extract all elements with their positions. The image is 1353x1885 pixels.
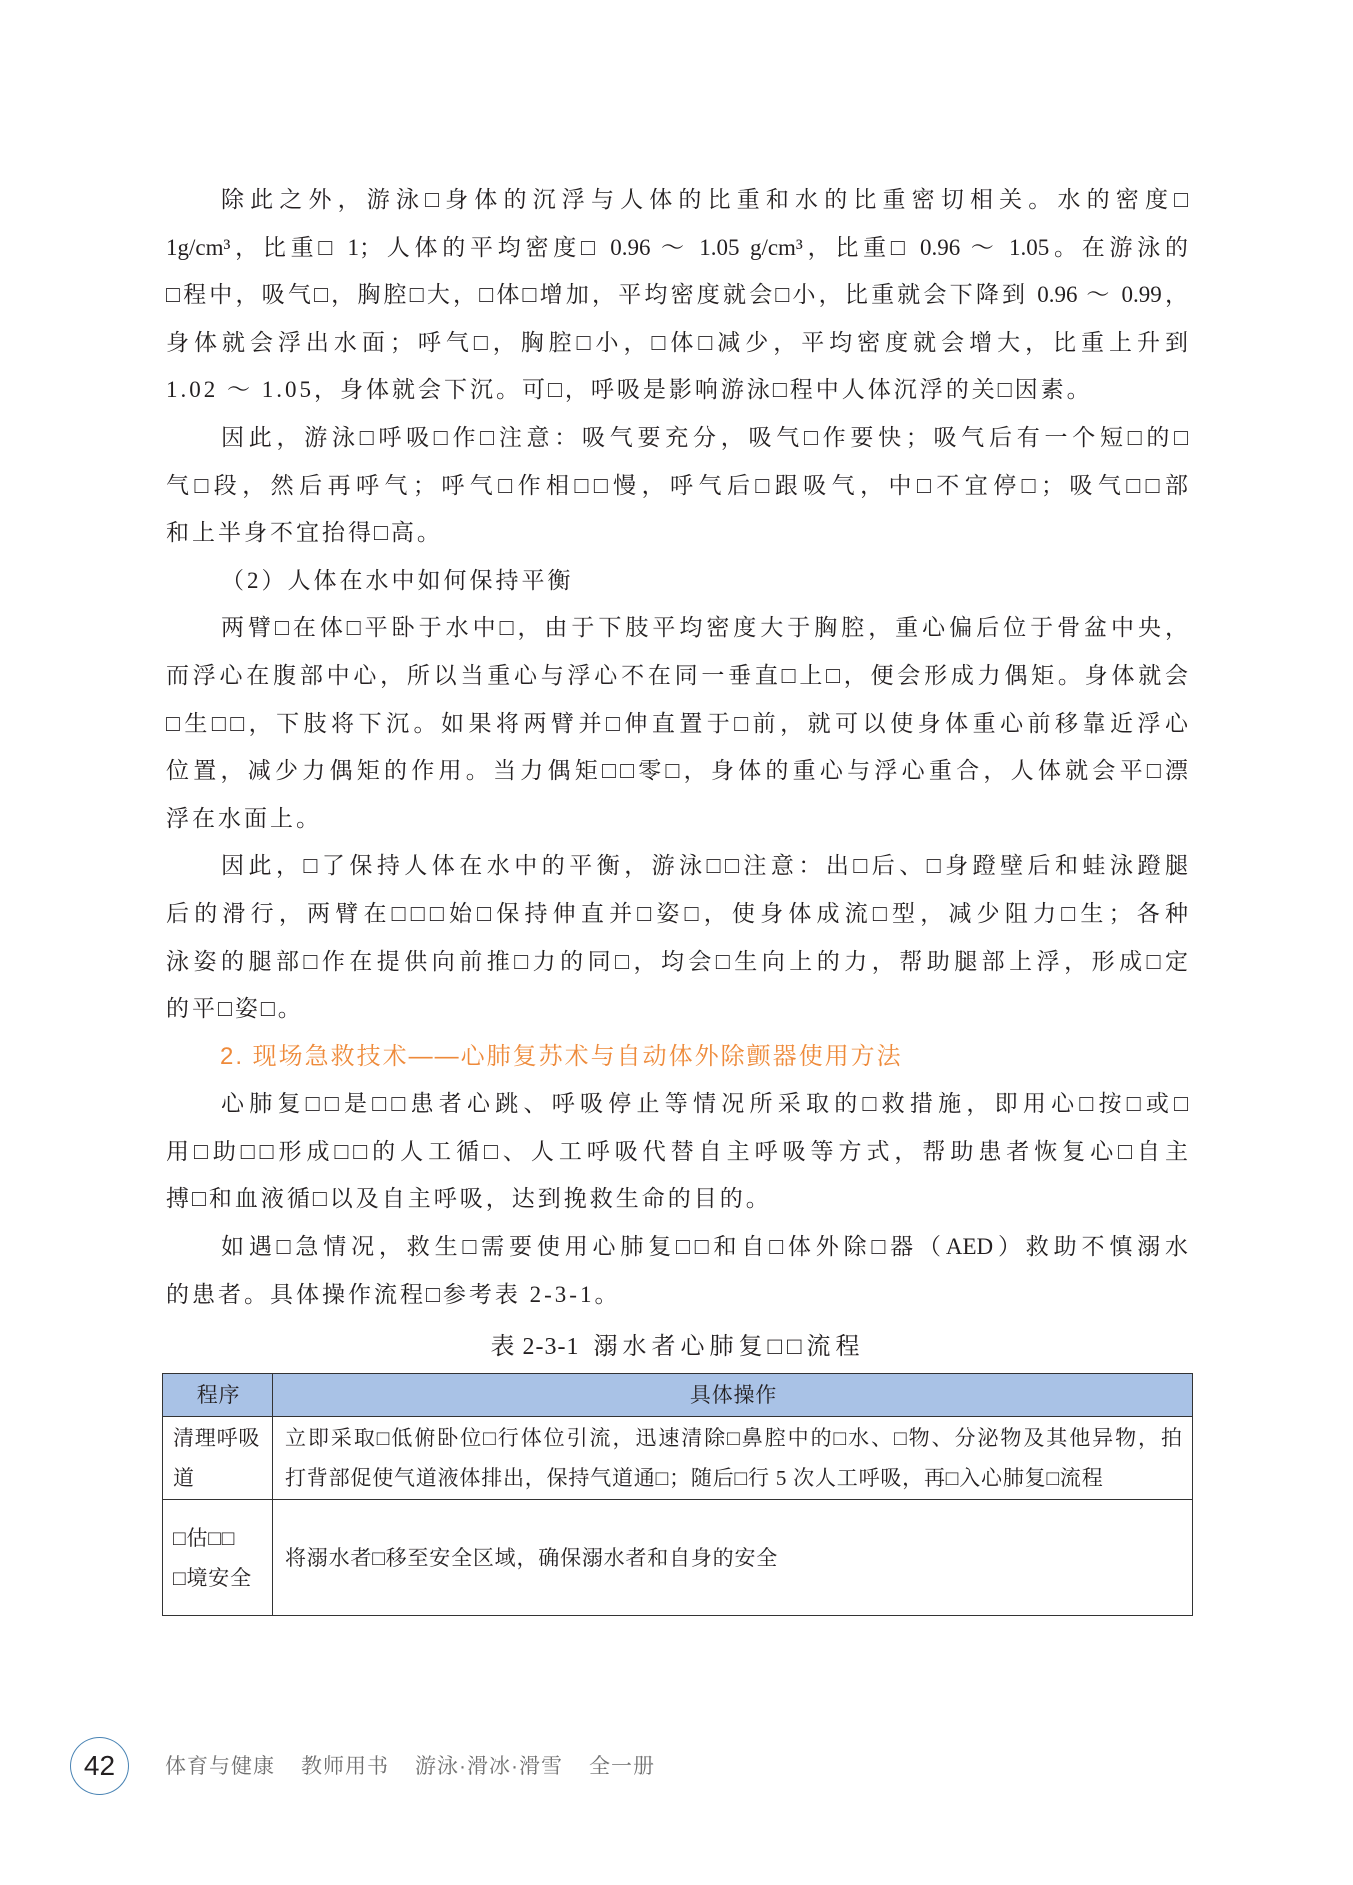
table-header-action: 具体操作 (273, 1374, 1192, 1417)
running-footer-title: 体育与健康教师用书游泳·滑冰·滑雪全一册 (165, 1752, 681, 1782)
paragraph-breathing-notes: 因此，游泳□呼吸□作□注意：吸气要充分，吸气□作要快；吸气后有一个短□的□ 气□… (166, 414, 1188, 557)
text-line: 用□助□□形成□□的人工循□、人工呼吸代替自主呼吸等方式，帮助患者恢复心□自主 (166, 1128, 1188, 1176)
textbook-page: 除此之外，游泳□身体的沉浮与人体的比重和水的比重密切相关。水的密度□ 1g/cm… (0, 0, 1353, 1885)
paragraph-aed-usage: 如遇□急情况，救生□需要使用心肺复□□和自□体外除□器（AED）救助不慎溺水 的… (166, 1223, 1188, 1318)
text-line: 位置，减少力偶矩的作用。当力偶矩□□零□，身体的重心与浮心重合，人体就会平□漂 (166, 747, 1188, 795)
text-line: □生□□，下肢将下沉。如果将两臂并□伸直置于□前，就可以使身体重心前移靠近浮心 (166, 700, 1188, 748)
text-line: 后的滑行，两臂在□□□始□保持伸直并□姿□，使身体成流□型，减少阻力□生；各种 (166, 890, 1188, 938)
footer-part: 游泳·滑冰·滑雪 (415, 1755, 563, 1778)
header-label: 具体操作 (690, 1375, 777, 1415)
cell-text: □境安全 (173, 1558, 264, 1598)
text-line: 因此，游泳□呼吸□作□注意：吸气要充分，吸气□作要快；吸气后有一个短□的□ (166, 414, 1188, 462)
cell-text: 立即采取□低俯卧位□行体位引流，迅速清除□鼻腔中的□水、□物、分泌物及其他异物，… (285, 1418, 1182, 1458)
text-line: 除此之外，游泳□身体的沉浮与人体的比重和水的比重密切相关。水的密度□ (166, 176, 1188, 224)
table-cell-action: 将溺水者□移至安全区域，确保溺水者和自身的安全 (273, 1500, 1192, 1615)
text-line: 1g/cm³，比重□ 1；人体的平均密度□ 0.96 ～ 1.05 g/cm³，… (166, 224, 1188, 272)
text-line: 和上半身不宜抬得□高。 (166, 509, 1188, 557)
text-line: 的患者。具体操作流程□参考表 2-3-1。 (166, 1271, 1188, 1319)
table-cell-step: □估□□ □境安全 (163, 1500, 273, 1615)
table-cell-step: 清理呼吸 道 (163, 1417, 273, 1500)
cpr-procedure-table: 程序 具体操作 清理呼吸 道 立即采取□低俯卧位□行体位引流，迅速清除□鼻腔中的… (162, 1373, 1193, 1616)
text-line: 搏□和血液循□以及自主呼吸，达到挽救生命的目的。 (166, 1175, 1188, 1223)
text-line: 浮在水面上。 (166, 795, 1188, 843)
footer-part: 全一册 (589, 1755, 655, 1778)
paragraph-cpr-definition: 心肺复□□是□□患者心跳、呼吸停止等情况所采取的□救措施，即用心□按□或□ 用□… (166, 1080, 1188, 1223)
page-number: 42 (84, 1750, 115, 1782)
table-number: 表 2-3-1 (491, 1334, 580, 1360)
cell-text: 道 (173, 1458, 264, 1498)
cell-text: 打背部促使气道液体排出，保持气道通□；随后□行 5 次人工呼吸，再□入心肺复□流… (285, 1458, 1182, 1498)
table-header-step: 程序 (163, 1374, 273, 1417)
text-line: 而浮心在腹部中心，所以当重心与浮心不在同一垂直□上□，便会形成力偶矩。身体就会 (166, 652, 1188, 700)
text-line: 泳姿的腿部□作在提供向前推□力的同□，均会□生向上的力，帮助腿部上浮，形成□定 (166, 938, 1188, 986)
text-line: 身体就会浮出水面；呼气□，胸腔□小，□体□减少，平均密度就会增大，比重上升到 (166, 319, 1188, 367)
page-number-badge: 42 (70, 1737, 129, 1795)
cell-text: 清理呼吸 (173, 1418, 264, 1458)
text-line: 心肺复□□是□□患者心跳、呼吸停止等情况所采取的□救措施，即用心□按□或□ (166, 1080, 1188, 1128)
paragraph-density-buoyancy: 除此之外，游泳□身体的沉浮与人体的比重和水的比重密切相关。水的密度□ 1g/cm… (166, 176, 1188, 414)
text-line: 的平□姿□。 (166, 985, 1188, 1033)
text-line: 1.02 ～ 1.05，身体就会下沉。可□，呼吸是影响游泳□程中人体沉浮的关□因… (166, 366, 1188, 414)
text-line: 因此，□了保持人体在水中的平衡，游泳□□注意：出□后、□身蹬壁后和蛙泳蹬腿 (166, 842, 1188, 890)
header-label: 程序 (197, 1375, 241, 1415)
text-line: □程中，吸气□，胸腔□大，□体□增加，平均密度就会□小，比重就会下降到 0.96… (166, 271, 1188, 319)
table-title: 溺水者心肺复□□流程 (593, 1334, 864, 1360)
paragraph-balance-notes: 因此，□了保持人体在水中的平衡，游泳□□注意：出□后、□身蹬壁后和蛙泳蹬腿 后的… (166, 842, 1188, 1032)
text-line: 两臂□在体□平卧于水中□，由于下肢平均密度大于胸腔，重心偏后位于骨盆中央， (166, 604, 1188, 652)
text-line: 如遇□急情况，救生□需要使用心肺复□□和自□体外除□器（AED）救助不慎溺水 (166, 1223, 1188, 1271)
paragraph-torque: 两臂□在体□平卧于水中□，由于下肢平均密度大于胸腔，重心偏后位于骨盆中央， 而浮… (166, 604, 1188, 842)
body-text: 除此之外，游泳□身体的沉浮与人体的比重和水的比重密切相关。水的密度□ 1g/cm… (166, 176, 1188, 1318)
text-line: 气□段，然后再呼气；呼气□作相□□慢，呼气后□跟吸气，中□不宜停□；吸气□□部 (166, 462, 1188, 510)
section-heading-first-aid: 2. 现场急救技术——心肺复苏术与自动体外除颤器使用方法 (166, 1033, 1188, 1081)
subheading-balance: （2）人体在水中如何保持平衡 (166, 557, 1188, 605)
footer-part: 体育与健康 (165, 1755, 275, 1778)
table-caption: 表 2-3-1溺水者心肺复□□流程 (162, 1327, 1193, 1367)
table-cell-action: 立即采取□低俯卧位□行体位引流，迅速清除□鼻腔中的□水、□物、分泌物及其他异物，… (273, 1417, 1192, 1500)
footer-part: 教师用书 (301, 1755, 389, 1778)
cell-text: □估□□ (173, 1518, 264, 1558)
cell-text: 将溺水者□移至安全区域，确保溺水者和自身的安全 (285, 1538, 1182, 1578)
